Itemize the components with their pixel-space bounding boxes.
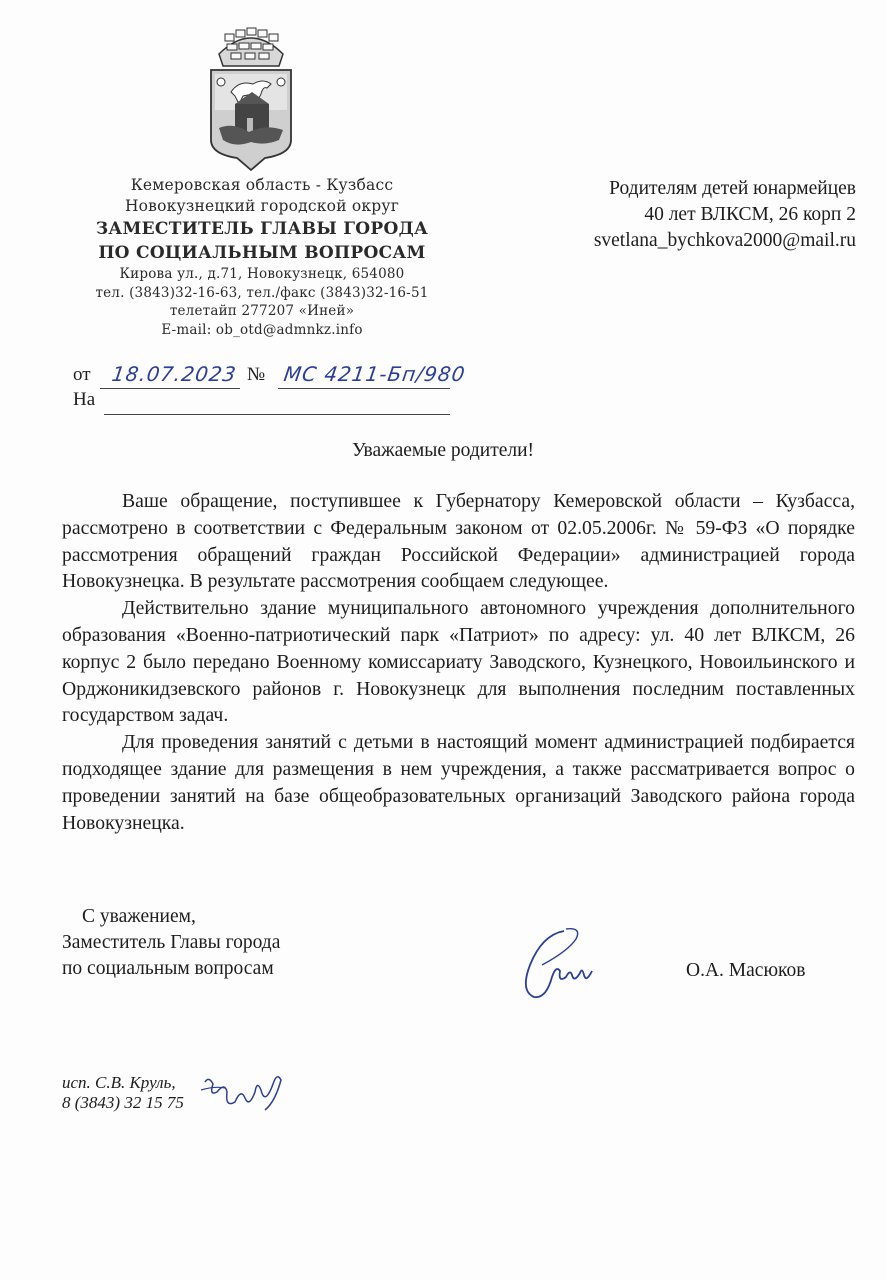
sender-region: Кемеровская область - Кузбасс bbox=[62, 175, 462, 196]
sender-block: Кемеровская область - Кузбасс Новокузнец… bbox=[62, 175, 462, 339]
sender-address: Кирова ул., д.71, Новокузнецк, 654080 bbox=[62, 265, 462, 284]
handwritten-number: МС 4211-Бп/980 bbox=[282, 362, 467, 386]
letter-page: Кемеровская область - Кузбасс Новокузнец… bbox=[0, 0, 886, 1280]
sender-teletype: телетайп 277207 «Иней» bbox=[62, 302, 462, 321]
city-coat-of-arms-icon bbox=[205, 22, 297, 172]
on-underline bbox=[104, 414, 450, 415]
closing-block: С уважением, Заместитель Главы города по… bbox=[62, 904, 280, 982]
sender-email: E-mail: ob_otd@admnkz.info bbox=[62, 321, 462, 340]
executor-signature-icon bbox=[195, 1062, 295, 1122]
closing-position-line1: Заместитель Главы города bbox=[62, 930, 280, 956]
signer-name: О.А. Масюков bbox=[686, 960, 805, 982]
recipient-email: svetlana_bychkova2000@mail.ru bbox=[594, 228, 856, 254]
closing-position-line2: по социальным вопросам bbox=[62, 956, 280, 982]
paragraph-3: Для проведения занятий с детьми в настоя… bbox=[62, 729, 855, 836]
recipient-block: Родителям детей юнармейцев 40 лет ВЛКСМ,… bbox=[594, 176, 856, 254]
ref-on-label: На bbox=[73, 389, 95, 411]
paragraph-2: Действительно здание муниципального авто… bbox=[62, 595, 855, 729]
sender-title-line1: ЗАМЕСТИТЕЛЬ ГЛАВЫ ГОРОДА bbox=[62, 217, 462, 241]
sender-district: Новокузнецкий городской округ bbox=[62, 196, 462, 217]
ref-number-label: № bbox=[247, 364, 265, 386]
letter-body: Ваше обращение, поступившее к Губернатор… bbox=[62, 488, 855, 836]
signature-icon bbox=[512, 925, 602, 1005]
date-underline bbox=[100, 388, 240, 389]
recipient-line1: Родителям детей юнармейцев bbox=[594, 176, 856, 202]
salutation: Уважаемые родители! bbox=[0, 440, 886, 462]
handwritten-date: 18.07.2023 bbox=[110, 362, 238, 386]
executor-name: исп. С.В. Круль, bbox=[62, 1073, 184, 1093]
sender-title-line2: ПО СОЦИАЛЬНЫМ ВОПРОСАМ bbox=[62, 241, 462, 265]
executor-block: исп. С.В. Круль, 8 (3843) 32 15 75 bbox=[62, 1073, 184, 1113]
ref-from-label: от bbox=[73, 364, 91, 386]
sender-phones: тел. (3843)32-16-63, тел./факс (3843)32-… bbox=[62, 284, 462, 303]
paragraph-1: Ваше обращение, поступившее к Губернатор… bbox=[62, 488, 855, 595]
recipient-line2: 40 лет ВЛКСМ, 26 корп 2 bbox=[594, 202, 856, 228]
number-underline bbox=[278, 388, 450, 389]
executor-phone: 8 (3843) 32 15 75 bbox=[62, 1093, 184, 1113]
closing-greeting: С уважением, bbox=[62, 904, 280, 930]
